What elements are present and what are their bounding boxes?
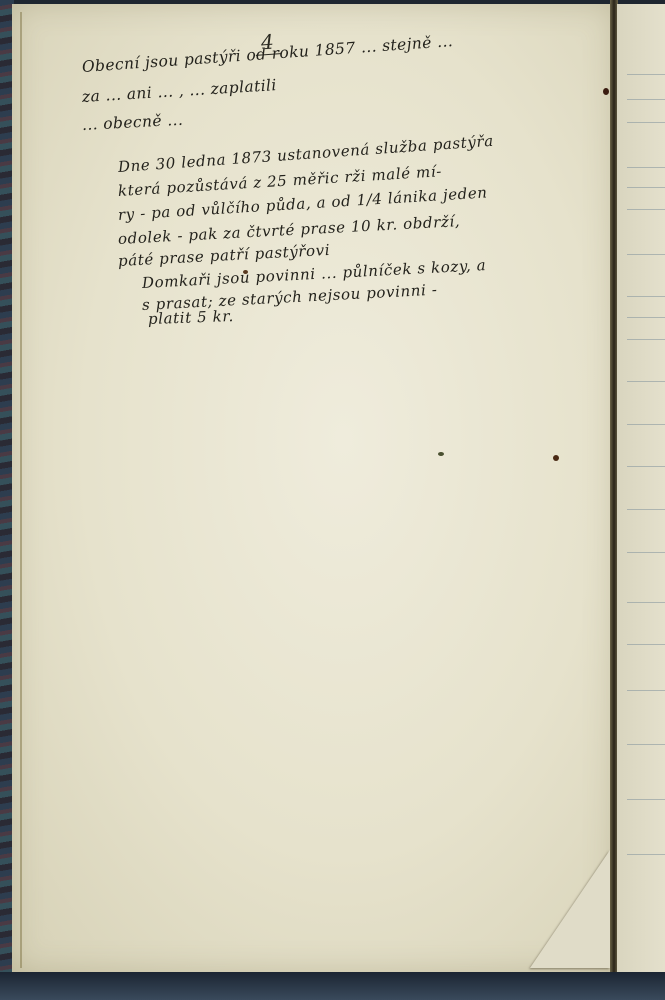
ruled-line <box>627 466 665 467</box>
stain-spot <box>243 270 248 274</box>
ruled-line <box>627 209 665 210</box>
margin-line <box>20 12 22 968</box>
ruled-line <box>627 854 665 855</box>
scan-background <box>0 972 665 1000</box>
ruled-line <box>627 99 665 100</box>
ruled-line <box>627 602 665 603</box>
ruled-line <box>627 381 665 382</box>
ruled-line <box>627 552 665 553</box>
paragraph-2-line-8: platit 5 kr. <box>148 307 234 328</box>
ruled-line <box>627 187 665 188</box>
scanned-document: 4 Obecní jsou pastýři od roku 1857 ... s… <box>0 0 665 1000</box>
ruled-line <box>627 317 665 318</box>
right-page-edge <box>617 4 665 972</box>
stain-spot <box>603 88 609 95</box>
ruled-line <box>627 339 665 340</box>
ruled-line <box>627 509 665 510</box>
folded-page-corner <box>530 850 610 968</box>
ruled-line <box>627 254 665 255</box>
ruled-line <box>627 644 665 645</box>
ruled-line <box>627 122 665 123</box>
ruled-line <box>627 296 665 297</box>
ink-speck <box>438 452 444 456</box>
stain-spot <box>553 455 559 461</box>
ruled-line <box>627 424 665 425</box>
ruled-line <box>627 167 665 168</box>
ruled-line <box>627 799 665 800</box>
ruled-line <box>627 690 665 691</box>
ruled-line <box>627 74 665 75</box>
ruled-line <box>627 744 665 745</box>
